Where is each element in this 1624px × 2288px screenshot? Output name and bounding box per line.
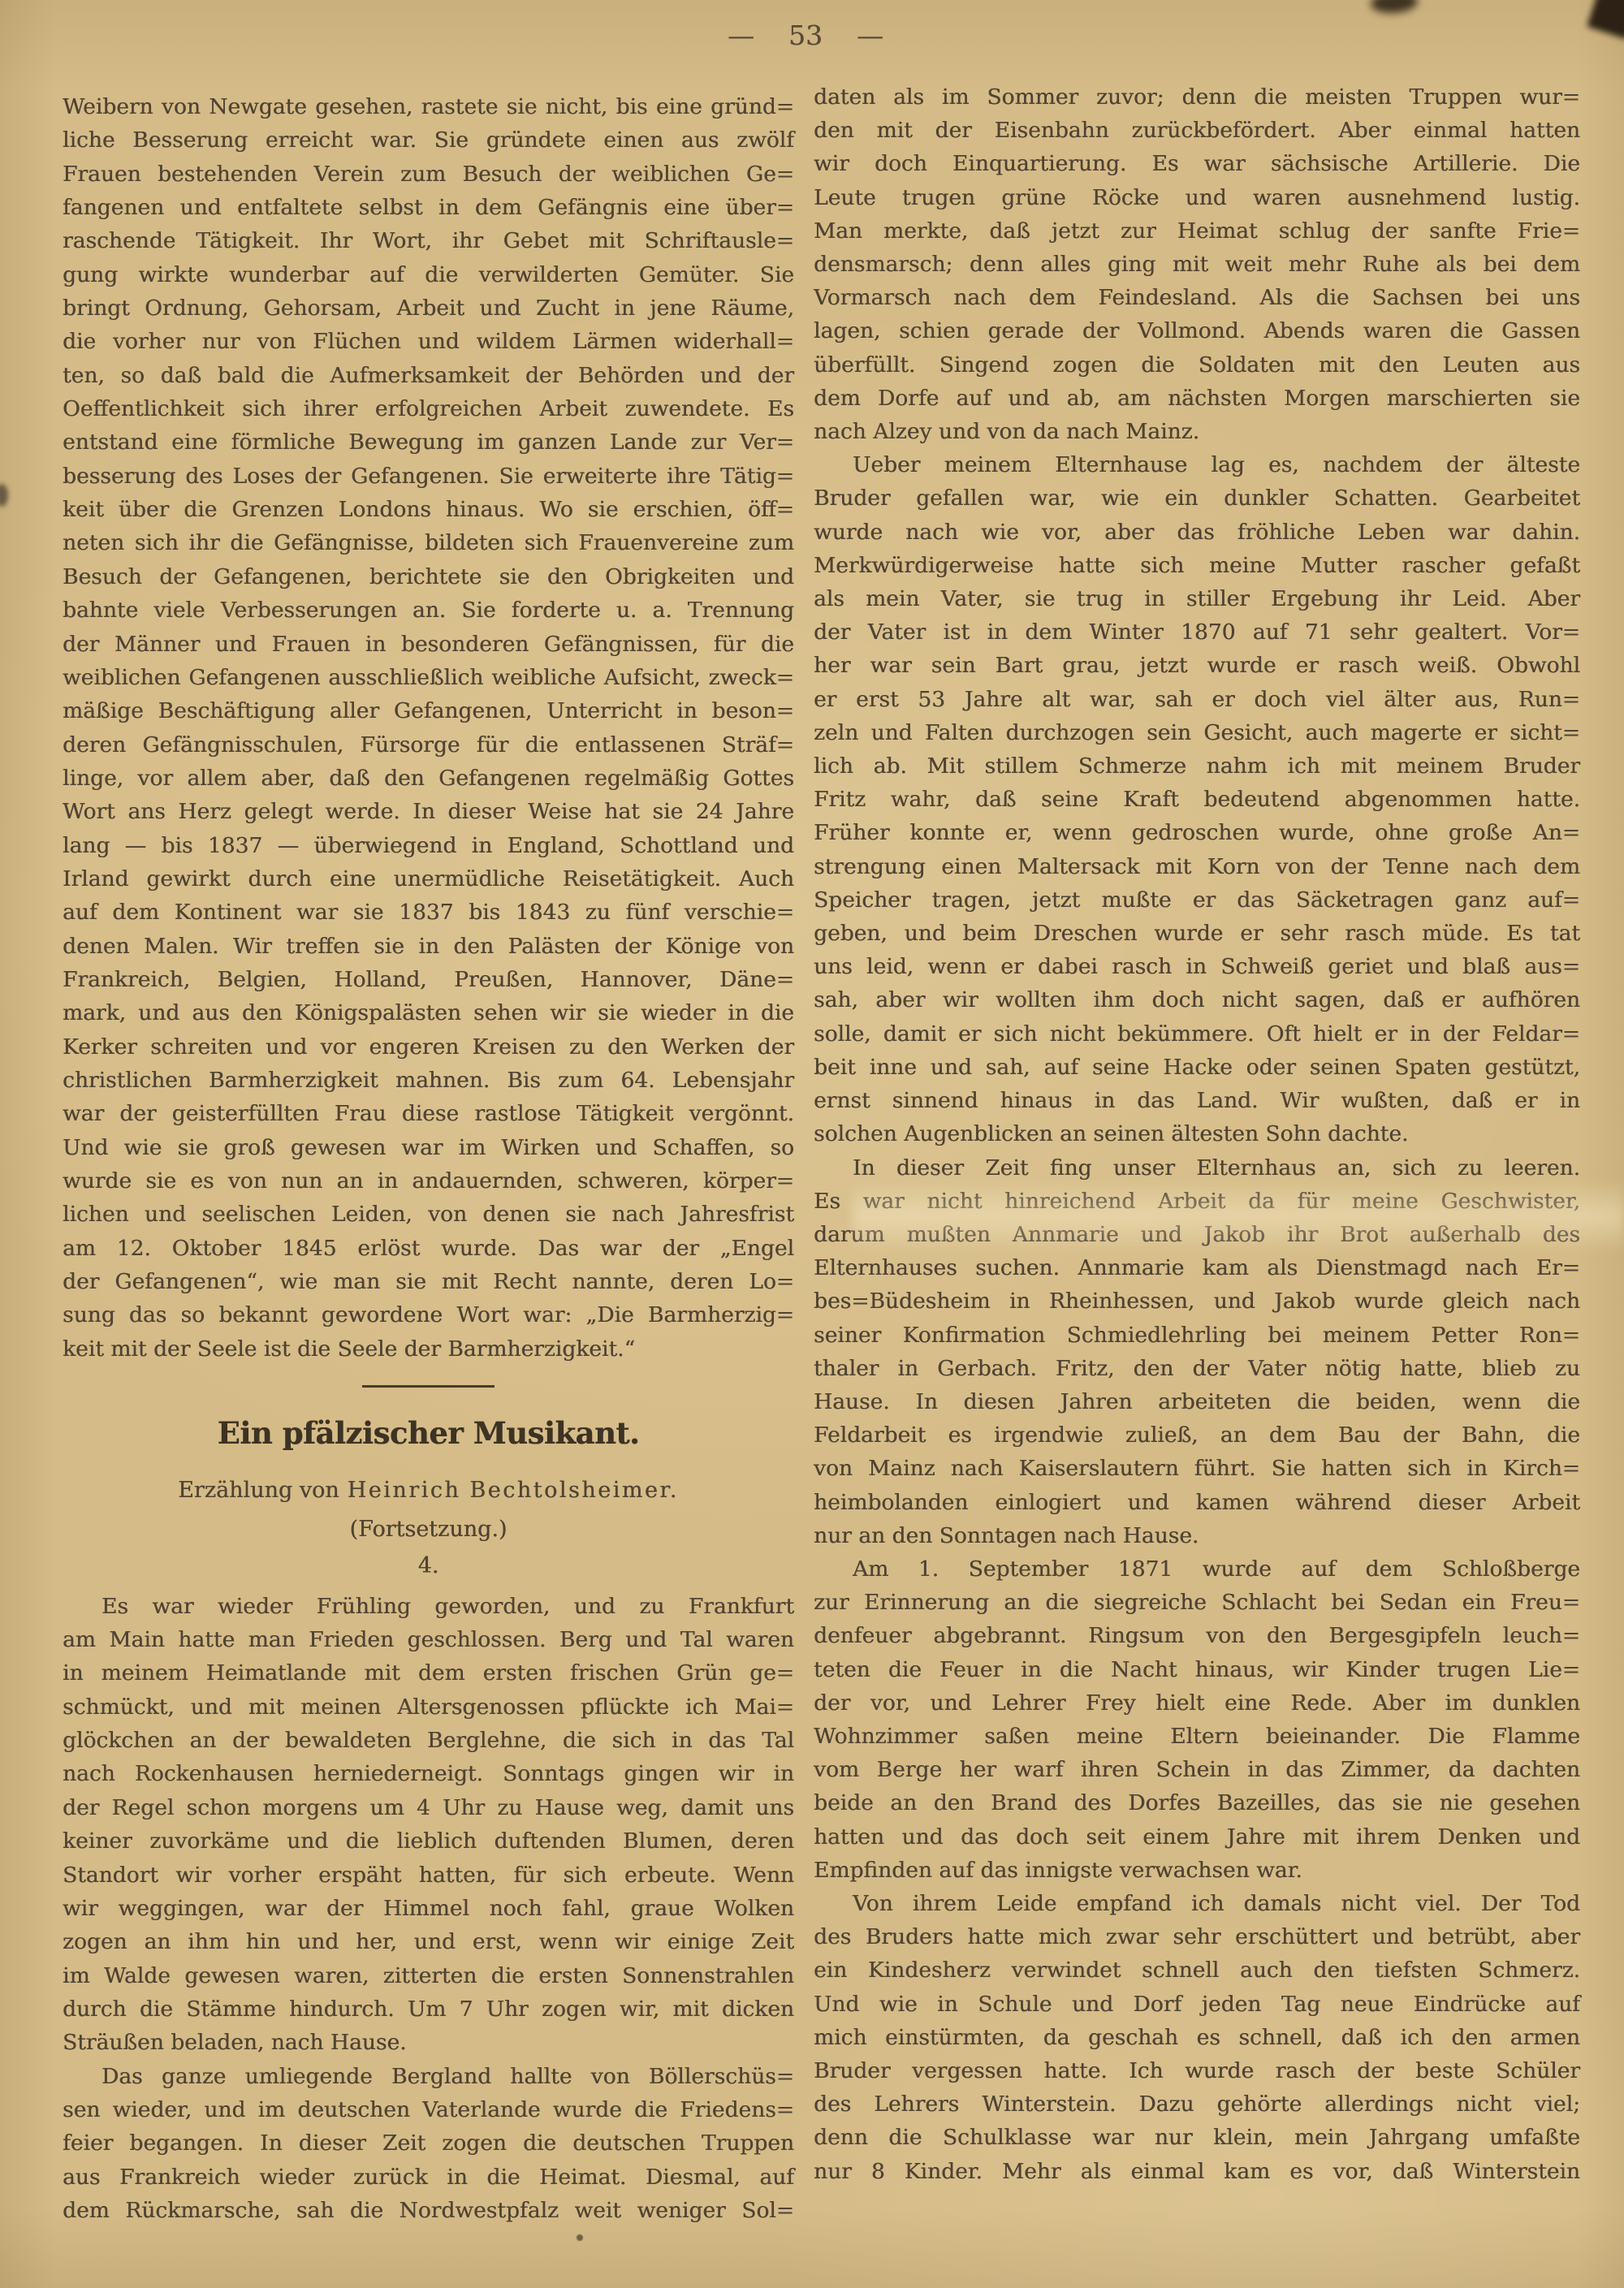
text-line: Leute trugen grüne Röcke und waren ausne… [814, 181, 1580, 214]
text-line: Irland gewirkt durch eine unermüdliche R… [63, 862, 794, 896]
text-line: Und wie in Schule und Dorf jeden Tag neu… [814, 1988, 1580, 2021]
text-line: den mit der Eisenbahn zurückbefördert. A… [814, 114, 1580, 147]
text-line: raschende Tätigkeit. Ihr Wort, ihr Gebet… [63, 224, 794, 257]
text-line: linge, vor allem aber, daß den Gefangene… [63, 762, 794, 795]
text-line: Bruder vergessen hatte. Ich wurde rasch … [814, 2054, 1580, 2087]
text-line: densmarsch; denn alles ging mit weit meh… [814, 248, 1580, 281]
text-line: durch die Stämme hindurch. Um 7 Uhr zoge… [63, 1992, 794, 2026]
text-line: Wohnzimmer saßen meine Eltern beieinande… [814, 1720, 1580, 1753]
scan-smudge-left [0, 484, 8, 507]
text-line: die vorher nur von Flüchen und wildem Lä… [63, 325, 794, 358]
header-dash-right: — [857, 19, 883, 51]
text-line: gung wirkte wunderbar auf die verwildert… [63, 258, 794, 291]
text-line: mark, und aus den Königspalästen sehen w… [63, 996, 794, 1030]
text-line: zeln und Falten durchzogen sein Gesicht,… [814, 716, 1580, 749]
text-line: ten, so daß bald die Aufmerksamkeit der … [63, 359, 794, 392]
text-line: neten sich ihr die Gefängnisse, bildeten… [63, 526, 794, 559]
text-line: sah, aber wir wollten ihm doch nicht sag… [814, 983, 1580, 1017]
text-line: wurde sie es von nun an in andauernden, … [63, 1164, 794, 1198]
text-line: der Regel schon morgens um 4 Uhr zu Haus… [63, 1791, 794, 1824]
scan-smudge-top [1370, 0, 1419, 15]
text-line: liche Besserung erreicht war. Sie gründe… [63, 123, 794, 157]
text-line: in meinem Heimatlande mit dem ersten fri… [63, 1656, 794, 1690]
text-line: Vormarsch nach dem Feindesland. Als die … [814, 281, 1580, 314]
text-line: strengung einen Maltersack mit Korn von … [814, 850, 1580, 883]
text-line: am Main hatte man Frieden geschlossen. B… [63, 1623, 794, 1656]
text-line: wir doch Einquartierung. Es war sächsisc… [814, 147, 1580, 180]
text-line: ein Kindesherz verwindet schnell auch de… [814, 1953, 1580, 1987]
text-line: Speicher tragen, jetzt mußte er das Säck… [814, 883, 1580, 917]
text-line: der Männer und Frauen in besonderen Gefä… [63, 628, 794, 661]
article-continuation-block: Weibern von Newgate gesehen, rastete sie… [63, 90, 794, 1366]
story-byline: Erzählung vonHeinrich Bechtolsheimer. [63, 1476, 794, 1505]
text-line: Und wie sie groß gewesen war im Wirken u… [63, 1131, 794, 1164]
text-line: der vor, und Lehrer Frey hielt eine Rede… [814, 1686, 1580, 1720]
text-line: Hause. In diesen Jahren arbeiteten die b… [814, 1385, 1580, 1418]
text-line: deren Gefängnisschulen, Fürsorge für die… [63, 728, 794, 762]
text-line: von Mainz nach Kaiserslautern führt. Sie… [814, 1452, 1580, 1485]
text-line: Von ihrem Leide empfand ich damals nicht… [814, 1887, 1580, 1920]
text-line: nur an den Sonntagen nach Hause. [814, 1519, 1580, 1552]
text-line: Feldarbeit es irgendwie zuließ, an dem B… [814, 1418, 1580, 1452]
text-line: uns leid, wenn er dabei rasch in Schweiß… [814, 950, 1580, 983]
text-line: auf dem Kontinent war sie 1837 bis 1843 … [63, 896, 794, 929]
text-line: ernst sinnend hinaus in das Land. Wir wu… [814, 1084, 1580, 1117]
text-line: wurde nach wie vor, aber das fröhliche L… [814, 516, 1580, 549]
text-line: nur 8 Kinder. Mehr als einmal kam es vor… [814, 2155, 1580, 2188]
byline-prefix: Erzählung von [178, 1478, 339, 1503]
scanned-book-page: — 53 — Weibern von Newgate gesehen, rast… [0, 0, 1624, 2288]
text-line: Elternhauses suchen. Annmarie kam als Di… [814, 1251, 1580, 1284]
paper-crease [853, 1179, 1624, 1254]
text-line: solle, damit er sich nicht bekümmere. Of… [814, 1017, 1580, 1051]
text-line: dem Rückmarsche, sah die Nordwestpfalz w… [63, 2194, 794, 2227]
text-line: keiner zuvorkäme und die lieblich duften… [63, 1824, 794, 1858]
text-line: Frankreich, Belgien, Holland, Preußen, H… [63, 963, 794, 996]
text-line: besserung des Loses der Gefangenen. Sie … [63, 460, 794, 493]
text-line: zur Erinnerung an die siegreiche Schlach… [814, 1586, 1580, 1619]
text-line: er erst 53 Jahre alt war, sah er doch vi… [814, 683, 1580, 716]
text-line: sung das so bekannt gewordene Wort war: … [63, 1298, 794, 1332]
text-line: als mein Vater, sie trug in stiller Erge… [814, 582, 1580, 615]
text-line: zogen an ihm hin und her, und erst, wenn… [63, 1925, 794, 1958]
header-dash-left: — [728, 19, 754, 51]
text-line: denen Malen. Wir treffen sie in den Palä… [63, 930, 794, 963]
text-line: mäßige Beschäftigung aller Gefangenen, U… [63, 694, 794, 727]
text-line: Ueber meinem Elternhause lag es, nachdem… [814, 448, 1580, 481]
text-line: Besuch der Gefangenen, berichtete sie de… [63, 560, 794, 594]
text-line: sen wieder, und im deutschen Vaterlande … [63, 2093, 794, 2126]
text-line: beide an den Brand des Dorfes Bazeilles,… [814, 1786, 1580, 1820]
text-line: solchen Augenblicken an seinen ältesten … [814, 1117, 1580, 1150]
text-line: überfüllt. Singend zogen die Soldaten mi… [814, 348, 1580, 382]
text-line: glöckchen an der bewaldeten Berglehne, d… [63, 1724, 794, 1757]
text-line: bahnte viele Verbesserungen an. Sie ford… [63, 594, 794, 627]
section-divider-rule [362, 1385, 495, 1388]
text-line: daten als im Sommer zuvor; denn die meis… [814, 80, 1580, 114]
text-line: vom Berge her warf ihren Schein in das Z… [814, 1753, 1580, 1786]
text-line: lang — bis 1837 — überwiegend in England… [63, 829, 794, 862]
text-line: war der geisterfüllten Frau diese rastlo… [63, 1097, 794, 1130]
text-line: nach Rockenhausen herniederneigt. Sonnta… [63, 1757, 794, 1790]
text-line: dem Dorfe auf und ab, am nächsten Morgen… [814, 382, 1580, 415]
text-line: Fritz wahr, daß seine Kraft bedeutend ab… [814, 783, 1580, 816]
text-line: beit inne und sah, auf seine Hacke oder … [814, 1051, 1580, 1084]
text-line: thaler in Gerbach. Fritz, den der Vater … [814, 1352, 1580, 1385]
text-line: hatten und das doch seit einem Jahre mit… [814, 1820, 1580, 1854]
text-line: denfeuer abgebrannt. Ringsum von den Ber… [814, 1619, 1580, 1652]
text-line: geben, und beim Dreschen wurde er sehr r… [814, 917, 1580, 950]
text-line: lichen und seelischen Leiden, von denen … [63, 1198, 794, 1231]
text-line: des Bruders hatte mich zwar sehr erschüt… [814, 1920, 1580, 1953]
text-line: christlichen Barmherzigkeit mahnen. Bis … [63, 1064, 794, 1097]
text-line: Empfinden auf das innigste verwachsen wa… [814, 1854, 1580, 1887]
text-line: der Vater ist in dem Winter 1870 auf 71 … [814, 615, 1580, 649]
text-line: schmückt, und mit meinen Altersgenossen … [63, 1690, 794, 1724]
text-line: keit über die Grenzen Londons hinaus. Wo… [63, 493, 794, 526]
text-line: entstand eine förmliche Bewegung im ganz… [63, 425, 794, 459]
story-text-block: Es war wieder Frühling geworden, und zu … [63, 1590, 794, 2228]
text-line: Kerker schreiten und vor engeren Kreisen… [63, 1030, 794, 1064]
text-line: lagen, schien gerade der Vollmond. Abend… [814, 314, 1580, 348]
text-line: Weibern von Newgate gesehen, rastete sie… [63, 90, 794, 123]
text-line: nach Alzey und von da nach Mainz. [814, 415, 1580, 448]
text-line: bes=Büdesheim in Rheinhessen, und Jakob … [814, 1284, 1580, 1318]
left-column: Weibern von Newgate gesehen, rastete sie… [63, 90, 794, 2227]
text-line: feier begangen. In dieser Zeit zogen die… [63, 2126, 794, 2160]
text-line: Oeffentlichkeit sich ihrer erfolgreichen… [63, 392, 794, 425]
text-line: des Lehrers Winterstein. Dazu gehörte al… [814, 2087, 1580, 2121]
text-line: bringt Ordnung, Gehorsam, Arbeit und Zuc… [63, 291, 794, 325]
text-line: her war sein Bart grau, jetzt wurde er r… [814, 649, 1580, 682]
text-line: Sträußen beladen, nach Hause. [63, 2026, 794, 2059]
story-title: Ein pfälzischer Musikant. [63, 1415, 794, 1451]
text-line: Früher konnte er, wenn gedroschen wurde,… [814, 816, 1580, 849]
text-line: der Gefangenen“, wie man sie mit Recht n… [63, 1265, 794, 1298]
text-line: teten die Feuer in die Nacht hinaus, wir… [814, 1653, 1580, 1686]
text-line: wir weggingen, war der Himmel noch fahl,… [63, 1892, 794, 1925]
byline-author: Heinrich Bechtolsheimer. [348, 1478, 679, 1503]
text-line: im Walde gewesen waren, zitterten die er… [63, 1959, 794, 1992]
right-column: daten als im Sommer zuvor; denn die meis… [814, 80, 1580, 2188]
text-line: Standort wir vorher erspäht hatten, für … [63, 1858, 794, 1892]
text-line: Wort ans Herz gelegt werde. In dieser We… [63, 795, 794, 828]
text-line: denn die Schulklasse war nur klein, mein… [814, 2121, 1580, 2154]
text-line: Am 1. September 1871 wurde auf dem Schlo… [814, 1552, 1580, 1586]
text-line: Merkwürdigerweise hatte sich meine Mutte… [814, 549, 1580, 582]
text-line: mich einstürmten, da geschah es schnell,… [814, 2021, 1580, 2054]
page-header: — 53 — [0, 19, 1618, 51]
text-line: Das ganze umliegende Bergland hallte von… [63, 2060, 794, 2093]
text-line: Es war wieder Frühling geworden, und zu … [63, 1590, 794, 1623]
continuation-note: (Fortsetzung.) [63, 1515, 794, 1544]
text-line: keit mit der Seele ist die Seele der Bar… [63, 1332, 794, 1366]
text-line: lich ab. Mit stillem Schmerze nahm ich m… [814, 749, 1580, 783]
chapter-number: 4. [63, 1552, 794, 1581]
text-line: weiblichen Gefangenen ausschließlich wei… [63, 661, 794, 694]
text-line: Frauen bestehenden Verein zum Besuch der… [63, 158, 794, 191]
text-line: seiner Konfirmation Schmiedlehrling bei … [814, 1319, 1580, 1352]
text-line: am 12. Oktober 1845 erlöst wurde. Das wa… [63, 1232, 794, 1265]
text-line: Bruder gefallen war, wie ein dunkler Sch… [814, 481, 1580, 515]
page-number: 53 [788, 19, 823, 51]
ink-dot-artifact [577, 2234, 583, 2241]
text-line: fangenen und entfaltete selbst in dem Ge… [63, 191, 794, 224]
text-line: aus Frankreich wieder zurück in die Heim… [63, 2161, 794, 2194]
text-line: Man merkte, daß jetzt zur Heimat schlug … [814, 214, 1580, 248]
text-line: heimbolanden einlogiert und kamen währen… [814, 1486, 1580, 1519]
